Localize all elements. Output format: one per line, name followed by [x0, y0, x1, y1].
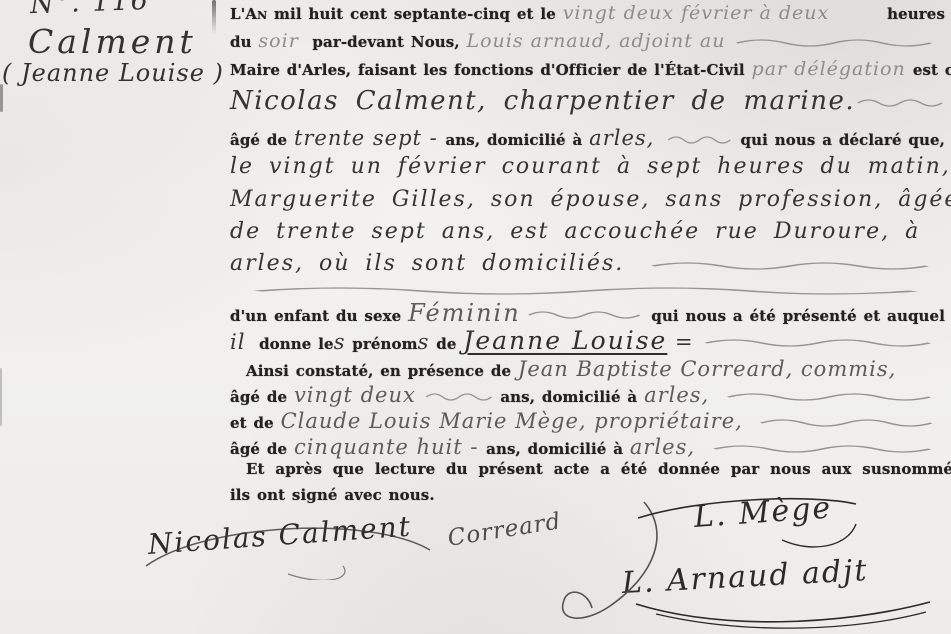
document-line: il donne les prénoms de Jeanne Louise =	[230, 326, 945, 355]
printed-text: âgé de	[230, 388, 294, 406]
document-line: Marguerite Gilles, son épouse, sans prof…	[230, 187, 945, 212]
printed-text: Maire d'Arles, faisant les fonctions d'O…	[230, 61, 752, 79]
handwritten-entry: Claude Louis Marie Mège, propriétaire,	[281, 409, 751, 433]
filler-squiggle	[666, 132, 733, 144]
filler-squiggle	[721, 389, 937, 401]
printed-text: est comparu	[913, 61, 951, 79]
handwritten-entry: s	[334, 330, 346, 354]
handwritten-entry: arles,	[589, 126, 662, 150]
printed-text: L'An	[230, 5, 267, 23]
arnaud-signature-flourish-icon	[628, 596, 940, 632]
filler-squiggle	[707, 441, 937, 453]
printed-text: de	[429, 335, 463, 353]
document-line: Et après que lecture du présent acte a é…	[230, 460, 945, 478]
printed-text: heures	[887, 5, 945, 23]
filler-squiggle	[424, 389, 494, 401]
handwritten-entry: Nicolas Calment, charpentier de marine.	[230, 86, 855, 116]
scan-edge-mark	[0, 368, 2, 426]
birth-certificate-scan: N°. 116 Calment ( Jeanne Louise ) L'An m…	[0, 0, 951, 634]
document-line: d'un enfant du sexe Fémininqui nous a ét…	[230, 299, 945, 327]
filler-squiggle	[525, 307, 644, 319]
margin-given-names: ( Jeanne Louise )	[2, 59, 224, 87]
printed-text: ans, domicilié à	[486, 440, 630, 458]
document-line: du soir par-devant Nous, Louis arnaud, a…	[230, 30, 945, 52]
handwritten-entry: de trente sept ans, est accouchée rue Du…	[230, 219, 920, 244]
printed-text: d'un enfant du sexe	[230, 307, 408, 325]
document-line: Maire d'Arles, faisant les fonctions d'O…	[230, 58, 945, 80]
handwritten-name-underlined: Jeanne Louise	[463, 326, 667, 355]
printed-text: ans, domicilié à	[445, 131, 589, 149]
handwritten-entry: s	[418, 330, 430, 354]
printed-text: et de	[230, 414, 281, 432]
handwritten-entry: Féminin	[408, 299, 521, 327]
document-line: L'An mil huit cent septante-cinq et le v…	[230, 2, 945, 24]
document-line: arles, où ils sont domiciliés.	[230, 251, 945, 276]
printed-text: qui nous a été présenté et auquel	[651, 307, 945, 325]
handwritten-entry: arles,	[644, 383, 717, 407]
act-number: N°. 116	[29, 0, 150, 20]
document-line: et de Claude Louis Marie Mège, propriéta…	[230, 409, 945, 433]
filler-squiggle	[855, 95, 945, 107]
scan-edge-mark	[0, 84, 3, 112]
handwritten-entry: =	[667, 330, 693, 354]
handwritten-entry: Jean Baptiste Correard, commis,	[518, 357, 896, 381]
document-line: âgé de cinquante huit - ans, domicilié à…	[230, 435, 945, 459]
handwritten-entry: le vingt un février courant à sept heure…	[230, 154, 951, 179]
filler-squiggle	[234, 283, 937, 295]
handwritten-entry: il	[230, 330, 245, 354]
document-line: âgé de vingt deux ans, domicilié à arles…	[230, 383, 945, 407]
document-line: Nicolas Calment, charpentier de marine.	[230, 86, 945, 116]
document-line	[230, 283, 945, 295]
printed-text: prénom	[345, 335, 417, 353]
document-line: ils ont signé avec nous.	[230, 486, 945, 504]
signature-correard: Correard	[446, 508, 563, 552]
document-line: âgé de trente sept - ans, domicilié à ar…	[230, 126, 945, 150]
printed-text: âgé de	[230, 131, 294, 149]
handwritten-entry: Louis arnaud, adjoint au	[467, 30, 726, 52]
handwritten-entry: arles, où ils sont domiciliés.	[230, 251, 639, 276]
printed-text: donne le	[245, 335, 333, 353]
filler-squiggle	[698, 335, 937, 347]
printed-text: mil huit cent septante-cinq et le	[267, 5, 562, 23]
printed-text: Ainsi constaté, en présence de	[246, 362, 518, 380]
printed-text: ils ont signé avec nous.	[230, 486, 435, 504]
filler-squiggle	[730, 35, 938, 47]
scan-fold-mark	[212, 0, 216, 34]
signature-nicolas-calment: Nicolas Calment	[147, 510, 413, 561]
filler-squiggle	[755, 415, 938, 427]
printed-text: ans, domicilié à	[494, 388, 645, 406]
printed-text: Et après que lecture du présent acte a é…	[246, 460, 951, 478]
printed-text: âgé de	[230, 440, 294, 458]
document-line: Ainsi constaté, en présence de Jean Bapt…	[230, 357, 945, 381]
signature-arnaud: L. Arnaud adjt	[621, 553, 869, 601]
printed-text: du	[230, 33, 258, 51]
handwritten-entry: vingt deux	[294, 383, 424, 407]
handwritten-entry: par délégation	[752, 58, 913, 80]
handwritten-entry: arles,	[630, 435, 703, 459]
document-line: le vingt un février courant à sept heure…	[230, 154, 945, 179]
handwritten-entry: soir	[258, 30, 298, 52]
handwritten-entry: vingt deux février à deux	[563, 2, 830, 24]
filler-squiggle	[643, 258, 937, 270]
handwritten-entry: Marguerite Gilles, son épouse, sans prof…	[230, 187, 951, 212]
document-line: de trente sept ans, est accouchée rue Du…	[230, 219, 945, 244]
printed-text: par-devant Nous,	[299, 33, 467, 51]
handwritten-entry: trente sept -	[294, 126, 446, 150]
printed-text: qui nous a déclaré que,	[741, 131, 945, 149]
margin-surname: Calment	[28, 22, 197, 61]
handwritten-entry: cinquante huit -	[294, 435, 486, 459]
